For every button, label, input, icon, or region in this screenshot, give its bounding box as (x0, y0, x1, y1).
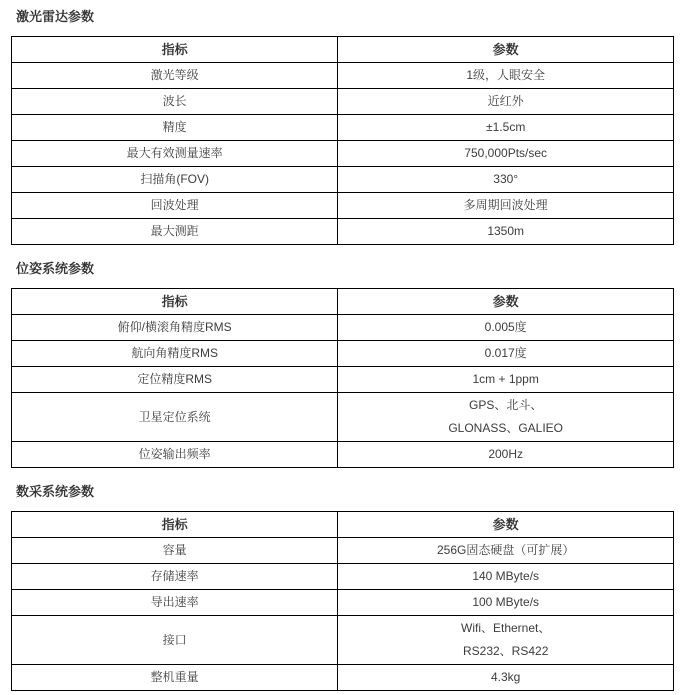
row-value: 0.017度 (338, 341, 674, 367)
row-label: 最大有效测量速率 (12, 141, 338, 167)
row-value: 多周期回波处理 (338, 193, 674, 219)
table-row: 存储速率 140 MByte/s (12, 564, 674, 590)
section-daq-params: 数采系统参数 指标 参数 容量 256G固态硬盘（可扩展） 存储速率 140 M… (11, 484, 675, 691)
table-row: 最大有效测量速率 750,000Pts/sec (12, 141, 674, 167)
pose-params-table: 指标 参数 俯仰/横滚角精度RMS 0.005度 航向角精度RMS 0.017度… (11, 288, 674, 468)
table-header-row: 指标 参数 (12, 512, 674, 538)
section-title-pose: 位姿系统参数 (16, 261, 675, 277)
row-value: 1级，人眼安全 (338, 63, 674, 89)
lidar-params-table: 指标 参数 激光等级 1级，人眼安全 波长 近红外 精度 ±1.5cm (11, 36, 674, 245)
section-title-lidar: 激光雷达参数 (16, 9, 675, 25)
row-value: 近红外 (338, 89, 674, 115)
table-row: 扫描角(FOV) 330° (12, 167, 674, 193)
row-label: 容量 (12, 538, 338, 564)
row-label: 卫星定位系统 (12, 393, 338, 442)
table-row: 容量 256G固态硬盘（可扩展） (12, 538, 674, 564)
row-label: 导出速率 (12, 590, 338, 616)
table-row: 整机重量 4.3kg (12, 665, 674, 691)
row-label: 最大测距 (12, 219, 338, 245)
table-row: 波长 近红外 (12, 89, 674, 115)
table-header-row: 指标 参数 (12, 37, 674, 63)
column-header-indicator: 指标 (12, 289, 338, 315)
row-value: 256G固态硬盘（可扩展） (338, 538, 674, 564)
table-row: 导出速率 100 MByte/s (12, 590, 674, 616)
row-value: 1350m (338, 219, 674, 245)
row-value: ±1.5cm (338, 115, 674, 141)
row-label: 位姿输出频率 (12, 442, 338, 468)
table-row: 回波处理 多周期回波处理 (12, 193, 674, 219)
table-row: 航向角精度RMS 0.017度 (12, 341, 674, 367)
row-label: 俯仰/横滚角精度RMS (12, 315, 338, 341)
section-lidar-params: 激光雷达参数 指标 参数 激光等级 1级，人眼安全 波长 近红外 精 (11, 9, 675, 245)
column-header-parameter: 参数 (338, 512, 674, 538)
row-label: 精度 (12, 115, 338, 141)
row-value: 200Hz (338, 442, 674, 468)
row-value: 0.005度 (338, 315, 674, 341)
row-label: 激光等级 (12, 63, 338, 89)
table-row: 定位精度RMS 1cm + 1ppm (12, 367, 674, 393)
row-value: 140 MByte/s (338, 564, 674, 590)
table-row: 位姿输出频率 200Hz (12, 442, 674, 468)
table-row: 最大测距 1350m (12, 219, 674, 245)
column-header-parameter: 参数 (338, 289, 674, 315)
row-value: 330° (338, 167, 674, 193)
row-label: 定位精度RMS (12, 367, 338, 393)
row-value: Wifi、Ethernet、 RS232、RS422 (338, 616, 674, 665)
row-value: GPS、北斗、 GLONASS、GALIEO (338, 393, 674, 442)
row-label: 接口 (12, 616, 338, 665)
section-pose-params: 位姿系统参数 指标 参数 俯仰/横滚角精度RMS 0.005度 航向角精度RMS… (11, 261, 675, 468)
table-row: 卫星定位系统 GPS、北斗、 GLONASS、GALIEO (12, 393, 674, 442)
table-row: 激光等级 1级，人眼安全 (12, 63, 674, 89)
row-label: 波长 (12, 89, 338, 115)
section-title-daq: 数采系统参数 (16, 484, 675, 500)
row-value: 4.3kg (338, 665, 674, 691)
row-label: 整机重量 (12, 665, 338, 691)
column-header-indicator: 指标 (12, 37, 338, 63)
row-value: 100 MByte/s (338, 590, 674, 616)
row-value: 1cm + 1ppm (338, 367, 674, 393)
row-label: 航向角精度RMS (12, 341, 338, 367)
table-row: 接口 Wifi、Ethernet、 RS232、RS422 (12, 616, 674, 665)
spec-sheet-page: 激光雷达参数 指标 参数 激光等级 1级，人眼安全 波长 近红外 精 (0, 0, 683, 691)
row-label: 回波处理 (12, 193, 338, 219)
table-header-row: 指标 参数 (12, 289, 674, 315)
row-label: 扫描角(FOV) (12, 167, 338, 193)
table-row: 精度 ±1.5cm (12, 115, 674, 141)
row-value: 750,000Pts/sec (338, 141, 674, 167)
column-header-indicator: 指标 (12, 512, 338, 538)
row-label: 存储速率 (12, 564, 338, 590)
column-header-parameter: 参数 (338, 37, 674, 63)
table-row: 俯仰/横滚角精度RMS 0.005度 (12, 315, 674, 341)
daq-params-table: 指标 参数 容量 256G固态硬盘（可扩展） 存储速率 140 MByte/s … (11, 511, 674, 691)
